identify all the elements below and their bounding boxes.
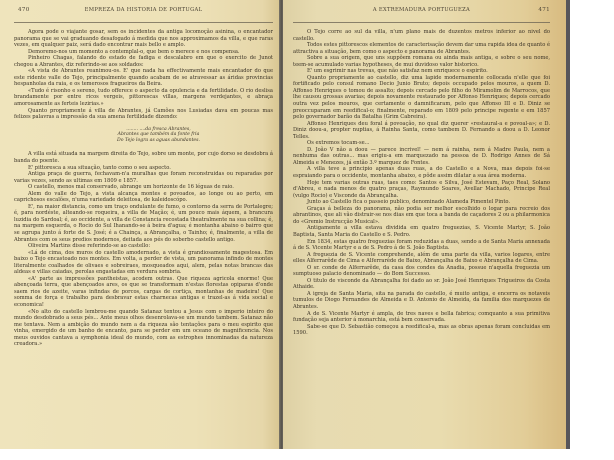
verse-quotation: ........ ....da fresca Abrantes, Abrante…	[44, 127, 273, 144]
quote-paragraph: «No alto do castello lembrou-me quando S…	[14, 309, 273, 348]
paragraph: A villa está situada na margem direita d…	[14, 151, 273, 164]
paragraph: Affonso Henriques deu foral á povoação, …	[293, 121, 550, 141]
verse-line: Do Tejo logra as aguas abundantes.	[44, 138, 273, 144]
paragraph: Sobre a sua origem, que uns suppõem roma…	[293, 55, 550, 68]
left-page-header: 470 EMPREZA DA HISTORIA DE PORTUGAL	[14, 4, 273, 22]
paragraph: A igreja de Santa Maria, sita na parada …	[293, 291, 550, 311]
paragraph: Agora pode o viajante gosar, sem os inci…	[14, 29, 273, 49]
paragraph: A de S. Vicente Martyr é ampla, de tres …	[293, 311, 550, 324]
paragraph: Antigamente a villa estava dividida em q…	[293, 225, 550, 238]
paragraph: Hoje tem varias outras ruas, taes como: …	[293, 180, 550, 200]
paragraph: Quanto propriamente á villa de Abrantes,…	[14, 108, 273, 121]
paragraph: Todos estes pittorescos elementos de car…	[293, 42, 550, 55]
right-running-head: A EXTREMADURA PORTUGUEZA	[293, 7, 550, 13]
left-book-page: 470 EMPREZA DA HISTORIA DE PORTUGAL Agor…	[0, 0, 279, 449]
paragraph: Sabe-se que D. Sebastião começou a reedi…	[293, 324, 550, 337]
paragraph: Quanto propriamente ao castello, diz uma…	[293, 75, 550, 121]
paragraph: A freguezia de S. Vicente comprehende, a…	[293, 252, 550, 265]
paragraph: Em 1834, estas quatro freguezias foram r…	[293, 239, 550, 252]
quote-paragraph: «Tudo é risonho e sereno, tudo offerece …	[14, 88, 273, 108]
header-rule	[293, 22, 550, 23]
quote-paragraph: «Lá de cima, dos muros do castello amode…	[14, 250, 273, 276]
paragraph: Alem do valle do Tejo, a vista alcança m…	[14, 191, 273, 204]
paragraph: O titulo de visconde da Abrançalha foi d…	[293, 278, 550, 291]
header-rule	[14, 22, 273, 23]
paragraph: A villa teve a principio apenas duas rua…	[293, 166, 550, 179]
paragraph: O Tejo corre ao sul da villa, n'um plano…	[293, 29, 550, 42]
left-running-head: EMPREZA DA HISTORIA DE PORTUGAL	[14, 7, 273, 13]
paragraph: O sr. conde de Alferrarêde, da casa dos …	[293, 265, 550, 278]
paragraph: D. João V não a doou — parece incrivel! …	[293, 147, 550, 167]
right-page-header: A EXTREMADURA PORTUGUEZA 471	[293, 4, 550, 22]
paragraph: Graças á belleza do panorama, não podia …	[293, 206, 550, 226]
paragraph: E', na maior distancia, como um traço on…	[14, 204, 273, 243]
book-cover-edge	[566, 0, 570, 449]
quote-paragraph: «A vista de Abrantes reanimou-os. E' que…	[14, 68, 273, 88]
quote-paragraph: «A' parte as impressões pantheistas, aco…	[14, 276, 273, 309]
paragraph: Pinheiro Chagas, falando do estado de fa…	[14, 55, 273, 68]
paragraph: Antiga praça de guerra, fechavam-n'a mur…	[14, 171, 273, 184]
right-page-number: 471	[538, 7, 550, 13]
right-book-page: A EXTREMADURA PORTUGUEZA 471 O Tejo corr…	[283, 0, 566, 449]
